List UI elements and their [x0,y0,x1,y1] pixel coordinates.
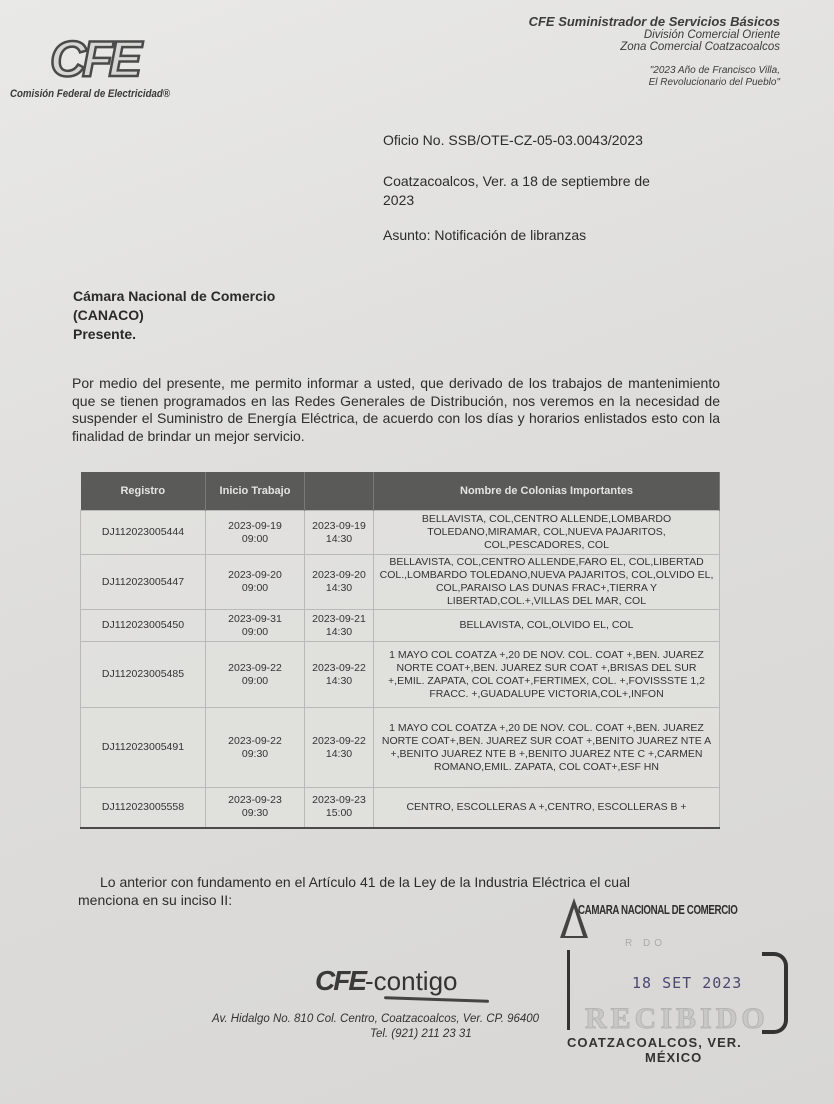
inicio-time: 09:30 [209,748,301,761]
table-row: DJ1120230054912023-09-2209:302023-09-221… [81,708,720,788]
closing-line-2: menciona en su inciso II: [78,891,630,909]
fin-time: 14:30 [308,582,370,595]
cfe-contigo-logo: CFE-contigo [315,965,458,997]
table-row: DJ1120230054442023-09-1909:002023-09-191… [81,511,720,555]
table-row: DJ1120230054502023-09-3109:002023-09-211… [81,610,720,642]
fin-date: 2023-09-23 [308,794,370,807]
inicio-date: 2023-09-20 [209,569,301,582]
footer-logo-cfe: CFE [315,965,365,996]
inicio-cell: 2023-09-2009:00 [206,555,305,610]
place-date-line-2: 2023 [383,191,650,210]
cfe-logo-subtitle: Comisión Federal de Electricidad® [10,88,170,100]
stamp-date: 18 SET 2023 [632,974,742,992]
motto: "2023 Año de Francisco Villa, El Revoluc… [529,65,780,89]
header-inicio-trabajo: Inicio Trabajo [206,472,305,511]
fin-time: 14:30 [308,748,370,761]
inicio-time: 09:00 [209,533,301,546]
inicio-date: 2023-09-31 [209,613,301,626]
fin-cell: 2023-09-2014:30 [305,555,374,610]
inicio-cell: 2023-09-2209:00 [206,642,305,708]
colonias-cell: 1 MAYO COL COATZA +,20 DE NOV. COL. COAT… [374,708,720,788]
header-registro: Registro [81,472,206,511]
inicio-cell: 2023-09-1909:00 [206,511,305,555]
registro-cell: DJ112023005485 [81,642,206,708]
addressee-line-2: (CANACO) [73,306,275,325]
oficio-number: Oficio No. SSB/OTE-CZ-05-03.0043/2023 [383,132,643,148]
fin-cell: 2023-09-1914:30 [305,511,374,555]
colonias-cell: 1 MAYO COL COATZA +,20 DE NOV. COL. COAT… [374,642,720,708]
inicio-time: 09:00 [209,675,301,688]
inicio-date: 2023-09-22 [209,662,301,675]
stamp-country: MÉXICO [645,1050,702,1065]
addressee: Cámara Nacional de Comercio (CANACO) Pre… [73,287,275,344]
inicio-cell: 2023-09-2209:30 [206,708,305,788]
closing-line-1: Lo anterior con fundamento en el Artícul… [78,873,630,891]
letterhead: CFE Suministrador de Servicios Básicos D… [529,14,780,89]
registro-cell: DJ112023005450 [81,610,206,642]
inicio-time: 09:00 [209,626,301,639]
closing-paragraph: Lo anterior con fundamento en el Artícul… [78,873,630,909]
zone: Zona Comercial Coatzacoalcos [529,41,780,53]
colonias-cell: BELLAVISTA, COL,CENTRO ALLENDE,LOMBARDO … [374,511,720,555]
subject: Asunto: Notificación de libranzas [383,227,586,243]
place-date-line-1: Coatzacoalcos, Ver. a 18 de septiembre d… [383,172,650,191]
motto-line-1: "2023 Año de Francisco Villa, [529,65,780,77]
stamp-received: RECIBIDO [585,1002,769,1036]
registro-cell: DJ112023005447 [81,555,206,610]
stamp-city: COATZACOALCOS, VER. [567,1035,742,1050]
fin-time: 14:30 [308,533,370,546]
header-colonias: Nombre de Colonias Importantes [374,472,720,511]
place-date: Coatzacoalcos, Ver. a 18 de septiembre d… [383,172,650,210]
cfe-logo: CFE [50,34,138,84]
fin-time: 15:00 [308,807,370,820]
stamp-faint-text: R DO [625,938,666,949]
fin-cell: 2023-09-2214:30 [305,708,374,788]
body-paragraph: Por medio del presente, me permito infor… [72,375,720,445]
colonias-cell: CENTRO, ESCOLLERAS A +,CENTRO, ESCOLLERA… [374,788,720,828]
addressee-line-1: Cámara Nacional de Comercio [73,287,275,306]
inicio-cell: 2023-09-2309:30 [206,788,305,828]
fin-date: 2023-09-21 [308,613,370,626]
table-row: DJ1120230054852023-09-2209:002023-09-221… [81,642,720,708]
motto-line-2: El Revolucionario del Pueblo" [529,77,780,89]
footer-logo-contigo: -contigo [365,966,458,996]
fin-cell: 2023-09-2214:30 [305,642,374,708]
fin-date: 2023-09-22 [308,662,370,675]
registro-cell: DJ112023005491 [81,708,206,788]
registro-cell: DJ112023005444 [81,511,206,555]
fin-date: 2023-09-22 [308,735,370,748]
inicio-time: 09:30 [209,807,301,820]
inicio-time: 09:00 [209,582,301,595]
stamp-org: CAMARA NACIONAL DE COMERCIO [578,902,737,917]
table-header-row: Registro Inicio Trabajo Nombre de Coloni… [81,472,720,511]
registro-cell: DJ112023005558 [81,788,206,828]
inicio-date: 2023-09-19 [209,520,301,533]
stamp-left-bar [567,950,570,1030]
footer-phone: Tel. (921) 211 23 31 [370,1028,472,1040]
inicio-date: 2023-09-23 [209,794,301,807]
fin-time: 14:30 [308,626,370,639]
header-fin [305,472,374,511]
fin-cell: 2023-09-2114:30 [305,610,374,642]
footer-address: Av. Hidalgo No. 810 Col. Centro, Coatzac… [212,1013,539,1025]
division: División Comercial Oriente [529,29,780,41]
colonias-cell: BELLAVISTA, COL,CENTRO ALLENDE,FARO EL, … [374,555,720,610]
fin-date: 2023-09-20 [308,569,370,582]
inicio-date: 2023-09-22 [209,735,301,748]
colonias-cell: BELLAVISTA, COL,OLVIDO EL, COL [374,610,720,642]
logo-swoosh [384,996,489,1003]
outage-table: Registro Inicio Trabajo Nombre de Coloni… [80,472,720,829]
fin-cell: 2023-09-2315:00 [305,788,374,828]
org-name: CFE Suministrador de Servicios Básicos [529,14,780,29]
inicio-cell: 2023-09-3109:00 [206,610,305,642]
fin-date: 2023-09-19 [308,520,370,533]
addressee-line-3: Presente. [73,325,275,344]
fin-time: 14:30 [308,675,370,688]
table-row: DJ1120230054472023-09-2009:002023-09-201… [81,555,720,610]
table-row: DJ1120230055582023-09-2309:302023-09-231… [81,788,720,828]
